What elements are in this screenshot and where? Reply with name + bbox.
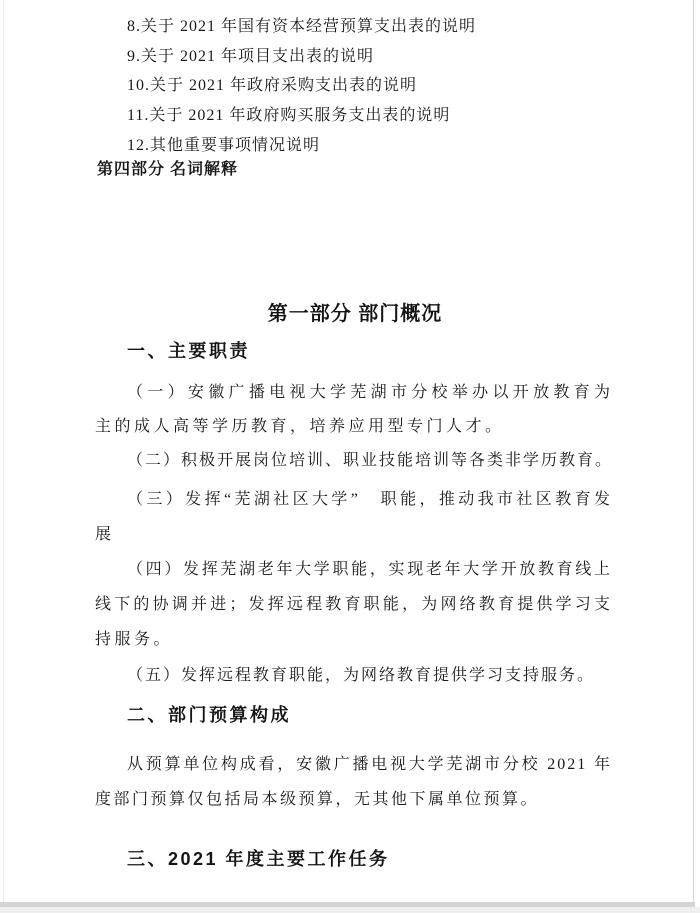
paragraph-line: （四）发挥芜湖老年大学职能，实现老年大学开放教育线上 (127, 559, 612, 581)
paragraph-line: 主的成人高等学历教育，培养应用型专门人才。 (95, 416, 505, 438)
paragraph-line: （三）发挥“芜湖社区大学” 职能，推动我市社区教育发 (127, 489, 612, 511)
document-content: 8.关于 2021 年国有资本经营预算支出表的说明 9.关于 2021 年项目支… (0, 0, 700, 913)
toc-item: 10.关于 2021 年政府采购支出表的说明 (127, 75, 417, 97)
paragraph-line: （二）积极开展岗位培训、职业技能培训等各类非学历教育。 (127, 450, 613, 472)
section-budget-heading: 二、部门预算构成 (127, 704, 291, 726)
paragraph-line: 线下的协调并进；发挥远程教育职能，为网络教育提供学习支 (95, 594, 612, 616)
toc-item: 11.关于 2021 年政府购买服务支出表的说明 (127, 105, 450, 127)
paragraph-line: 从预算单位构成看，安徽广播电视大学芜湖市分校 2021 年 (127, 754, 612, 776)
section-duties-heading: 一、主要职责 (127, 340, 250, 362)
paragraph-line: （五）发挥远程教育职能，为网络教育提供学习支持服务。 (127, 665, 595, 687)
toc-part4-heading: 第四部分 名词解释 (97, 159, 238, 181)
paragraph-line: 持服务。 (95, 629, 173, 651)
paragraph-line: （一）安徽广播电视大学芜湖市分校举办以开放教育为 (127, 382, 612, 404)
paragraph-line: 展 (95, 524, 115, 546)
section-tasks-heading: 三、2021 年度主要工作任务 (127, 848, 390, 870)
paragraph-line: 度部门预算仅包括局本级预算，无其他下属单位预算。 (95, 789, 539, 811)
toc-item: 12.其他重要事项情况说明 (127, 135, 320, 157)
toc-item: 8.关于 2021 年国有资本经营预算支出表的说明 (127, 16, 476, 38)
part1-heading: 第一部分 部门概况 (95, 303, 615, 325)
toc-item: 9.关于 2021 年项目支出表的说明 (127, 46, 374, 68)
